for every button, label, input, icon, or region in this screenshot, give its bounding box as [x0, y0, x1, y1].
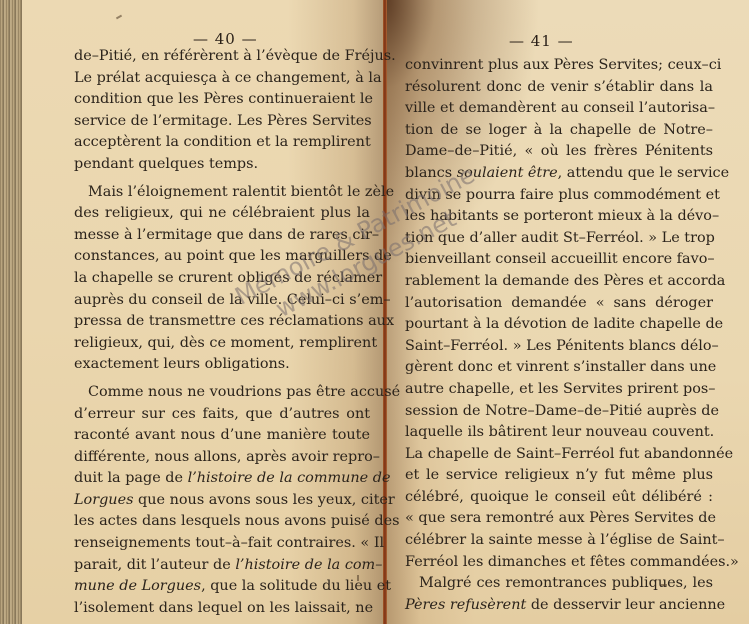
text-line: Lorgues que nous avons sous les yeux, ci… [74, 490, 370, 512]
text-line: célébrer la sainte messe à l’église de S… [405, 530, 713, 552]
text-line: Mais l’éloignement ralentit bientôt le z… [74, 182, 370, 204]
text-line: résolurent donc de venir s’établir dans … [405, 77, 713, 99]
text-line: constances, au point que les marguillers… [74, 246, 370, 268]
text-line: tion que d’aller audit St–Ferréol. » Le … [405, 228, 713, 250]
book-spread: — 40 — — 41 — de–Pitié, en référèrent à … [0, 0, 749, 624]
text-line: pressa de transmettre ces réclamations a… [74, 311, 370, 333]
paper-speck [357, 575, 359, 581]
text-line: Dame–de–Pitié, « où les frères Pénitents [405, 141, 713, 163]
text-line: gèrent donc et vinrent s’installer dans … [405, 357, 713, 379]
text-line: laquelle ils bâtirent leur nouveau couve… [405, 422, 713, 444]
text-line: auprès du conseil de la ville. Celui–ci … [74, 290, 370, 312]
text-line: les actes dans lesquels nous avons puisé… [74, 511, 370, 533]
text-line: Pères refusèrent de desservir leur ancie… [405, 595, 713, 617]
text-line: session de Notre–Dame–de–Pitié auprès de [405, 401, 713, 423]
text-line: la chapelle se crurent obligés de réclam… [74, 268, 370, 290]
text-line: l’autorisation demandée « sans déroger [405, 293, 713, 315]
text-line: renseignements tout–à–fait contraires. «… [74, 533, 370, 555]
text-line: pendant quelques temps. [74, 154, 370, 176]
text-line: Comme nous ne voudrions pas être accusé [74, 382, 370, 404]
text-line: divin se pourra faire plus commodément e… [405, 185, 713, 207]
text-line: duit la page de l’histoire de la commune… [74, 468, 370, 490]
text-line: autre chapelle, et les Servites prirent … [405, 379, 713, 401]
text-line: différente, nous allons, après avoir rep… [74, 447, 370, 469]
book-gutter [383, 0, 387, 624]
text-line: rablement la demande des Pères et accord… [405, 271, 713, 293]
text-line: exactement leurs obligations. [74, 354, 370, 376]
text-line: raconté avant nous d’une manière toute [74, 425, 370, 447]
text-line: convinrent plus aux Pères Servites; ceux… [405, 55, 713, 77]
paper-speck [661, 584, 667, 586]
text-line: Le prélat acquiesça à ce changement, à l… [74, 68, 370, 90]
text-line: bienveillant conseil accueillit encore f… [405, 249, 713, 271]
text-line: parait, dit l’auteur de l’histoire de la… [74, 555, 370, 577]
text-line: acceptèrent la condition et la rempliren… [74, 132, 370, 154]
left-page-text: de–Pitié, en référèrent à l’évèque de Fr… [74, 46, 370, 619]
text-line: condition que les Pères continueraient l… [74, 89, 370, 111]
text-line: religieux, qui, dès ce moment, rempliren… [74, 333, 370, 355]
text-line: l’isolement dans lequel on les laissait,… [74, 598, 370, 620]
text-line: de–Pitié, en référèrent à l’évèque de Fr… [74, 46, 370, 68]
text-line: messe à l’ermitage que dans de rares cir… [74, 225, 370, 247]
text-line: des religieux, qui ne célébraient plus l… [74, 203, 370, 225]
text-line: La chapelle de Saint–Ferréol fut abandon… [405, 444, 713, 466]
text-line: d’erreur sur ces faits, que d’autres ont [74, 404, 370, 426]
text-line: mune de Lorgues, que la solitude du lieu… [74, 576, 370, 598]
page-number-right: — 41 — [509, 32, 574, 50]
text-line: pourtant à la dévotion de ladite chapell… [405, 314, 713, 336]
right-page-text: convinrent plus aux Pères Servites; ceux… [405, 55, 713, 616]
text-line: blancs soulaient être, attendu que le se… [405, 163, 713, 185]
page-edges [0, 0, 22, 624]
text-line: Saint–Ferréol. » Les Pénitents blancs dé… [405, 336, 713, 358]
text-line: tion de se loger à la chapelle de Notre– [405, 120, 713, 142]
text-line: et le service religieux n’y fut même plu… [405, 465, 713, 487]
text-line: les habitants se porteront mieux à la dé… [405, 206, 713, 228]
text-line: Ferréol les dimanches et fêtes commandée… [405, 552, 713, 574]
text-line: célébré, quoique le conseil eût délibéré… [405, 487, 713, 509]
text-line: service de l’ermitage. Les Pères Servite… [74, 111, 370, 133]
text-line: « que sera remontré aux Pères Servites d… [405, 508, 713, 530]
text-line: ville et demandèrent au conseil l’autori… [405, 98, 713, 120]
